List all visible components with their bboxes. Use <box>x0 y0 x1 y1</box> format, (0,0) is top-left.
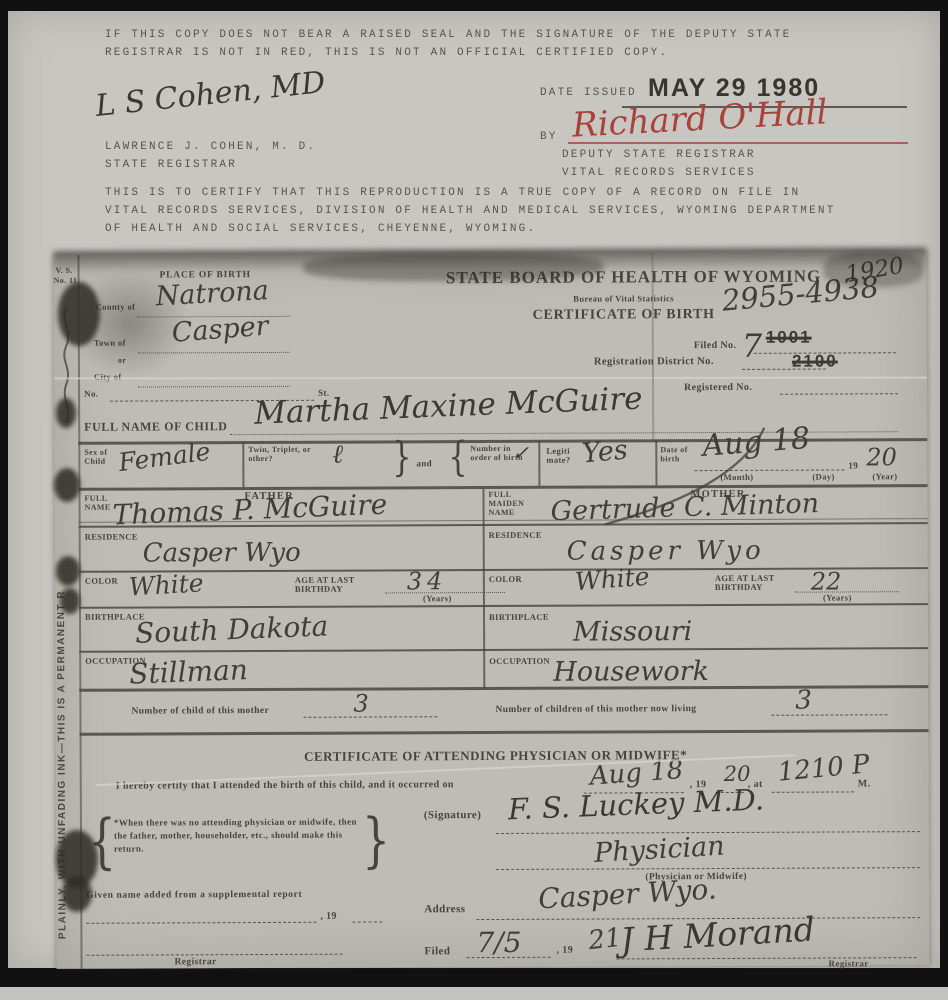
ink-blot <box>56 398 76 428</box>
registered-no-label: Registered No. <box>684 382 752 393</box>
deputy-registrar-title: DEPUTY STATE REGISTRAR <box>562 146 756 164</box>
order-of-birth-value: ✓ <box>512 443 529 463</box>
ink-blot <box>62 876 92 912</box>
ink-blot <box>54 468 80 502</box>
children-row-rule <box>80 729 929 735</box>
father-color-label: COLOR <box>85 577 118 586</box>
dob-19-label: 19 <box>848 461 858 471</box>
footnote-brace-close: } <box>362 812 390 872</box>
father-residence-value: Casper Wyo <box>143 540 301 567</box>
children-count-value: 3 <box>353 692 368 716</box>
mother-occupation-label: OCCUPATION <box>489 657 550 667</box>
supplemental-19-label: , 19 <box>320 911 337 922</box>
physician-signature-value: F. S. Luckey M.D. <box>507 785 764 824</box>
children-living-label: Number of children of this mother now li… <box>495 704 696 715</box>
occurred-year-value: 20 <box>724 764 751 785</box>
twin-label: Twin, Triplet, or other? <box>248 446 312 464</box>
filed-19-label: , 19 <box>556 945 573 956</box>
registration-district-label: Registration District No. <box>594 356 714 368</box>
year-caption: (Year) <box>872 472 897 481</box>
mother-color-label: COLOR <box>489 575 522 584</box>
filed-no-label: Filed No. <box>694 340 737 351</box>
mother-age-label: AGE AT LAST BIRTHDAY <box>715 574 810 593</box>
parents-divider <box>482 489 485 689</box>
twin-value: ℓ <box>332 442 343 468</box>
certificate-of-birth-form: PLAINLY, WITH UNFADING INK—THIS IS A PER… <box>53 251 929 969</box>
capacity-value: Physician <box>593 833 725 867</box>
father-name-value: Thomas P. McGuire <box>112 491 388 530</box>
registrar-left-dashes <box>87 954 343 956</box>
children-living-dashes <box>771 714 887 716</box>
scan-bottom-strip <box>0 987 948 1000</box>
mother-age-caption: (Years) <box>823 593 852 602</box>
mother-birthplace-value: Missouri <box>573 618 692 646</box>
address-label: Address <box>424 903 465 915</box>
dob-year-value: 20 <box>866 445 897 469</box>
father-birthplace-value: South Dakota <box>135 612 329 648</box>
deputy-registrar-dept: VITAL RECORDS SERVICES <box>562 164 756 182</box>
registrar-signature-value: J H Morand <box>620 913 816 957</box>
supplemental-label: Given name added from a supplemental rep… <box>86 890 302 901</box>
seal-notice-line2: REGISTRAR IS NOT IN RED, THIS IS NOT AN … <box>105 44 668 62</box>
father-occupation-value: Stillman <box>129 656 249 689</box>
mother-occupation-value: Housework <box>553 658 709 686</box>
day-caption: (Day) <box>812 473 834 482</box>
mother-color-value: White <box>574 564 650 594</box>
registrar-left-caption: Registrar <box>175 957 217 968</box>
state-registrar-name: LAWRENCE J. COHEN, M. D. <box>105 138 316 156</box>
occurred-m-label: M. <box>858 778 871 789</box>
occurred-time-dashes <box>772 791 854 792</box>
children-count-label: Number of child of this mother <box>131 706 269 717</box>
father-residence-label: RESIDENCE <box>85 533 138 543</box>
registrar-right-dashes <box>617 957 917 959</box>
pen-flourish-stroke <box>594 422 774 533</box>
address-value: Casper Wyo. <box>538 875 718 913</box>
brace-open: { <box>448 438 467 479</box>
occurred-time-value: 1210 P <box>777 751 871 785</box>
by-label: BY <box>540 128 558 146</box>
filed-no-struck-1: 1001 <box>766 328 812 348</box>
mother-birthplace-label: BIRTHPLACE <box>489 613 549 623</box>
state-registrar-title: STATE REGISTRAR <box>105 156 237 174</box>
sex-label: Sex of Child <box>84 449 120 467</box>
grid-divider-1 <box>242 442 244 487</box>
horizontal-crease <box>54 377 927 380</box>
registrar-right-caption: Registrar <box>829 959 869 969</box>
ink-blot <box>58 282 100 346</box>
filed-label: Filed <box>424 945 450 957</box>
seal-notice-line1: IF THIS COPY DOES NOT BEAR A RAISED SEAL… <box>105 26 791 44</box>
ink-blot <box>60 588 80 614</box>
top-center-smudge <box>303 253 603 282</box>
father-age-caption: (Years) <box>423 594 452 603</box>
deputy-signature-underline <box>568 142 908 144</box>
physician-footnote: *When there was no attending physician o… <box>114 816 362 856</box>
brace-close: } <box>392 438 411 479</box>
city-dotted-line <box>138 386 290 388</box>
physician-heading: CERTIFICATE OF ATTENDING PHYSICIAN OR MI… <box>206 748 786 765</box>
registration-district-value: 7 <box>742 330 762 362</box>
street-no-label: No. <box>84 390 98 400</box>
child-name-value: Martha Maxine McGuire <box>254 384 643 430</box>
and-label: and <box>416 459 432 469</box>
filed-date-dashes <box>467 957 551 958</box>
scanned-birth-certificate-page: IF THIS COPY DOES NOT BEAR A RAISED SEAL… <box>0 0 948 1000</box>
father-age-label: AGE AT LAST BIRTHDAY <box>295 575 390 594</box>
ink-blot <box>56 556 80 586</box>
birthplace-row-rule <box>79 647 928 653</box>
certification-paragraph: THIS IS TO CERTIFY THAT THIS REPRODUCTIO… <box>105 184 850 238</box>
mother-age-value: 22 <box>811 569 842 593</box>
grid-divider-2 <box>538 441 540 486</box>
supplemental-19-dashes <box>352 921 382 922</box>
signature-label: (Signature) <box>424 809 481 821</box>
mother-residence-label: RESIDENCE <box>489 531 542 541</box>
filed-year-value: 21 <box>587 925 623 954</box>
child-name-label: FULL NAME OF CHILD <box>84 420 227 434</box>
date-issued-label: DATE ISSUED <box>540 84 637 102</box>
capacity-dashes <box>496 867 920 870</box>
mother-residence-value: Casper Wyo <box>567 538 765 565</box>
children-living-value: 3 <box>795 688 812 714</box>
registered-no-dashes <box>780 393 898 395</box>
color-row-rule <box>79 603 928 609</box>
top-right-smudge <box>823 251 923 287</box>
father-color-value: White <box>128 570 204 599</box>
children-count-dashes <box>303 716 437 718</box>
supplemental-dashes <box>86 922 316 924</box>
mother-name-label: FULL MAIDEN NAME <box>488 491 544 518</box>
filed-date-value: 7/5 <box>476 929 521 957</box>
father-age-value: 34 <box>407 569 448 593</box>
